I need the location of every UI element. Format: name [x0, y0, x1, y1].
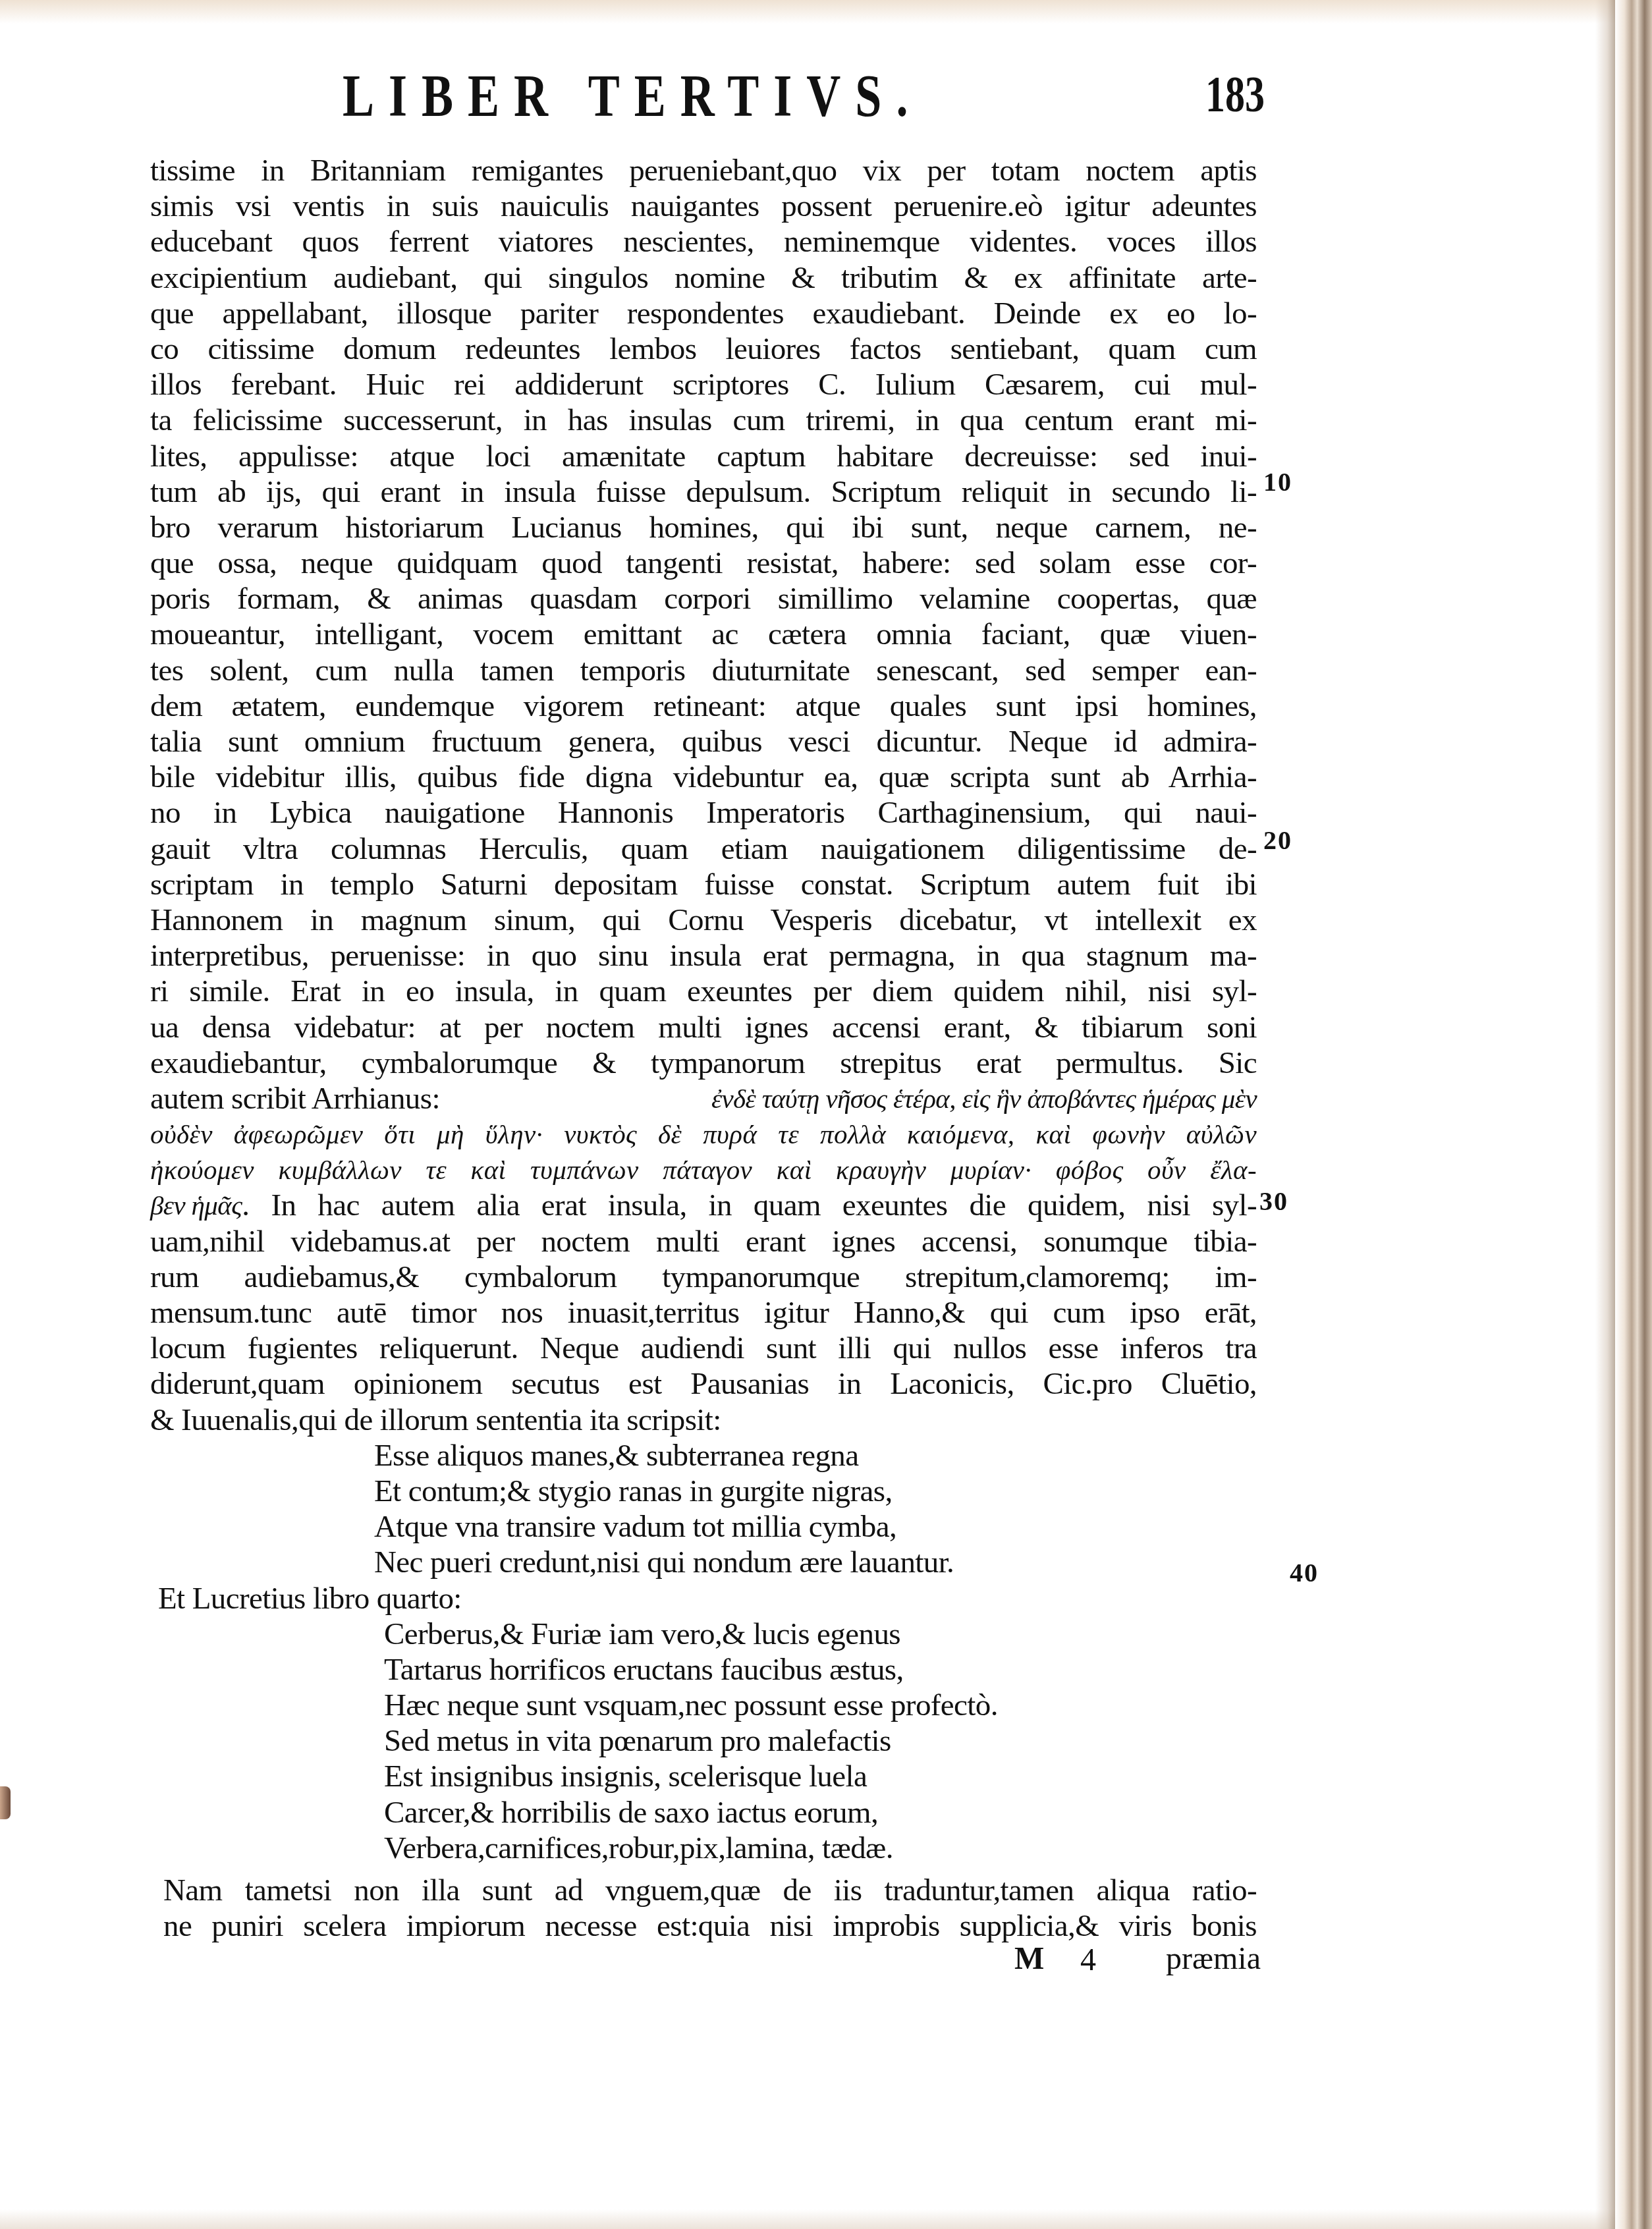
text-line: tissime in Britanniam remigantes perueni… — [150, 153, 1257, 188]
margin-line-number: 10 — [1263, 466, 1292, 497]
text-line: que ossa, neque quidquam quod tangenti r… — [150, 545, 1257, 581]
verse-line: Atque vna transire vadum tot millia cymb… — [150, 1509, 1257, 1545]
running-head: LIBER TERTIVS. 183 — [343, 63, 1265, 122]
text-line: . In hac autem alia erat insula, in quam… — [242, 1188, 1257, 1223]
text-line: no in Lybica nauigatione Hannonis Impera… — [150, 795, 1257, 831]
left-edge-mark — [0, 1786, 11, 1819]
text-line: uam,nihil videbamus.at per noctem multi … — [150, 1224, 1257, 1259]
text-line: ta felicissime successerunt, in has insu… — [150, 402, 1257, 438]
text-line: Hannonem in magnum sinum, qui Cornu Vesp… — [150, 902, 1257, 938]
greek-text-line: ἠκούομεν κυμβάλλων τε καὶ τυμπάνων πάταγ… — [150, 1152, 1257, 1188]
text-line: bile videbitur illis, quibus fide digna … — [150, 759, 1257, 795]
text-line: interpretibus, peruenisse: in quo sinu i… — [150, 938, 1257, 974]
verse-line: Hæc neque sunt vsquam,nec possunt esse p… — [150, 1688, 1257, 1723]
lucretius-intro: Et Lucretius libro quarto: — [150, 1581, 1257, 1616]
book-page-edges — [1615, 0, 1652, 2229]
text-line: bro verarum historiarum Lucianus homines… — [150, 510, 1257, 545]
text-line: illos ferebant. Huic rei addiderunt scri… — [150, 367, 1257, 402]
text-line: moueantur, intelligant, vocem emittant a… — [150, 617, 1257, 652]
text-line: rum audiebamus,& cymbalorum tympanorumqu… — [150, 1259, 1257, 1295]
page-footer: M 4 præmia — [1014, 1940, 1278, 1980]
margin-line-number: 40 — [1290, 1557, 1319, 1588]
text-line: excipientium audiebant, qui singulos nom… — [150, 260, 1257, 296]
text-line: locum fugientes reliquerunt. Neque audie… — [150, 1331, 1257, 1366]
text-line: dem ætatem, eundemque vigorem retineant:… — [150, 688, 1257, 724]
verse-line: Esse aliquos manes,& subterranea regna — [150, 1438, 1257, 1473]
body-text: tissime in Britanniam remigantes perueni… — [150, 153, 1257, 1944]
page-top-stain — [0, 0, 1652, 24]
greek-intro: autem scribit Arrhianus: — [150, 1081, 440, 1116]
verse-line: Verbera,carnifices,robur,pix,lamina, tæd… — [150, 1830, 1257, 1866]
verse-line: Nec pueri credunt,nisi qui nondum ære la… — [150, 1545, 1257, 1580]
running-title: LIBER TERTIVS. — [343, 63, 922, 131]
text-line: tum ab ijs, qui erant in insula fuisse d… — [150, 474, 1257, 510]
text-line: ua densa videbatur: at per noctem multi … — [150, 1010, 1257, 1045]
text-line: co citissime domum redeuntes lembos leui… — [150, 331, 1257, 367]
text-line: simis vsi ventis in suis nauiculis nauig… — [150, 188, 1257, 224]
text-line: mensum.tunc autē timor nos inuasit,terri… — [150, 1295, 1257, 1331]
text-line: poris formam, & animas quasdam corpori s… — [150, 581, 1257, 617]
text-line: & Iuuenalis,qui de illorum sententia ita… — [150, 1402, 1257, 1438]
greek-quote-line: autem scribit Arrhianus: ἐνδὲ ταύτῃ νῆσο… — [150, 1081, 1257, 1116]
text-line: tes solent, cum nulla tamen temporis diu… — [150, 653, 1257, 688]
margin-line-number: 20 — [1263, 825, 1292, 856]
greek-text: ἐνδὲ ταύτῃ νῆσος ἑτέρα, εἰς ἣν ἀποβάντες… — [711, 1081, 1257, 1116]
text-line: exaudiebantur, cymbalorumque & tympanoru… — [150, 1045, 1257, 1081]
page-edge-shadow — [1595, 0, 1615, 2229]
verse-line: Carcer,& horribilis de saxo iactus eorum… — [150, 1795, 1257, 1830]
text-line: gauit vltra columnas Herculis, quam etia… — [150, 831, 1257, 867]
greek-text: βεν ἡμᾶς — [150, 1188, 242, 1223]
text-line: scriptam in templo Saturni depositam fui… — [150, 867, 1257, 902]
margin-line-number: 30 — [1259, 1186, 1288, 1217]
verse-line: Et contum;& stygio ranas in gurgite nigr… — [150, 1473, 1257, 1509]
text-line: educebant quos ferrent viatores nescient… — [150, 224, 1257, 260]
greek-text-line: οὐδὲν ἀφεωρῶμεν ὅτι μὴ ὕλην· νυκτὸς δὲ π… — [150, 1116, 1257, 1152]
verse-line: Sed metus in vita pœnarum pro malefactis — [150, 1723, 1257, 1759]
text-line: Nam tametsi non illa sunt ad vnguem,quæ … — [150, 1873, 1257, 1908]
text-line: talia sunt omnium fructuum genera, quibu… — [150, 724, 1257, 759]
text-line: que appellabant, illosque pariter respon… — [150, 296, 1257, 331]
page-bottom-stain — [0, 2209, 1652, 2229]
signature-mark: M — [1014, 1940, 1044, 1977]
text-line: ri simile. Erat in eo insula, in quam ex… — [150, 974, 1257, 1009]
catchword: præmia — [1166, 1940, 1261, 1977]
text-line: diderunt,quam opinionem secutus est Paus… — [150, 1366, 1257, 1402]
verse-line: Cerberus,& Furiæ iam vero,& lucis egenus — [150, 1616, 1257, 1652]
greek-latin-line: βεν ἡμᾶς . In hac autem alia erat insula… — [150, 1188, 1257, 1223]
verse-line: Tartarus horrificos eructans faucibus æs… — [150, 1652, 1257, 1688]
page-number: 183 — [1205, 65, 1265, 124]
signature-number: 4 — [1080, 1942, 1096, 1978]
text-line: lites, appulisse: atque loci amænitate c… — [150, 439, 1257, 474]
verse-line: Est insignibus insignis, scelerisque lue… — [150, 1759, 1257, 1794]
text-line: ne puniri scelera impiorum necesse est:q… — [150, 1908, 1257, 1944]
